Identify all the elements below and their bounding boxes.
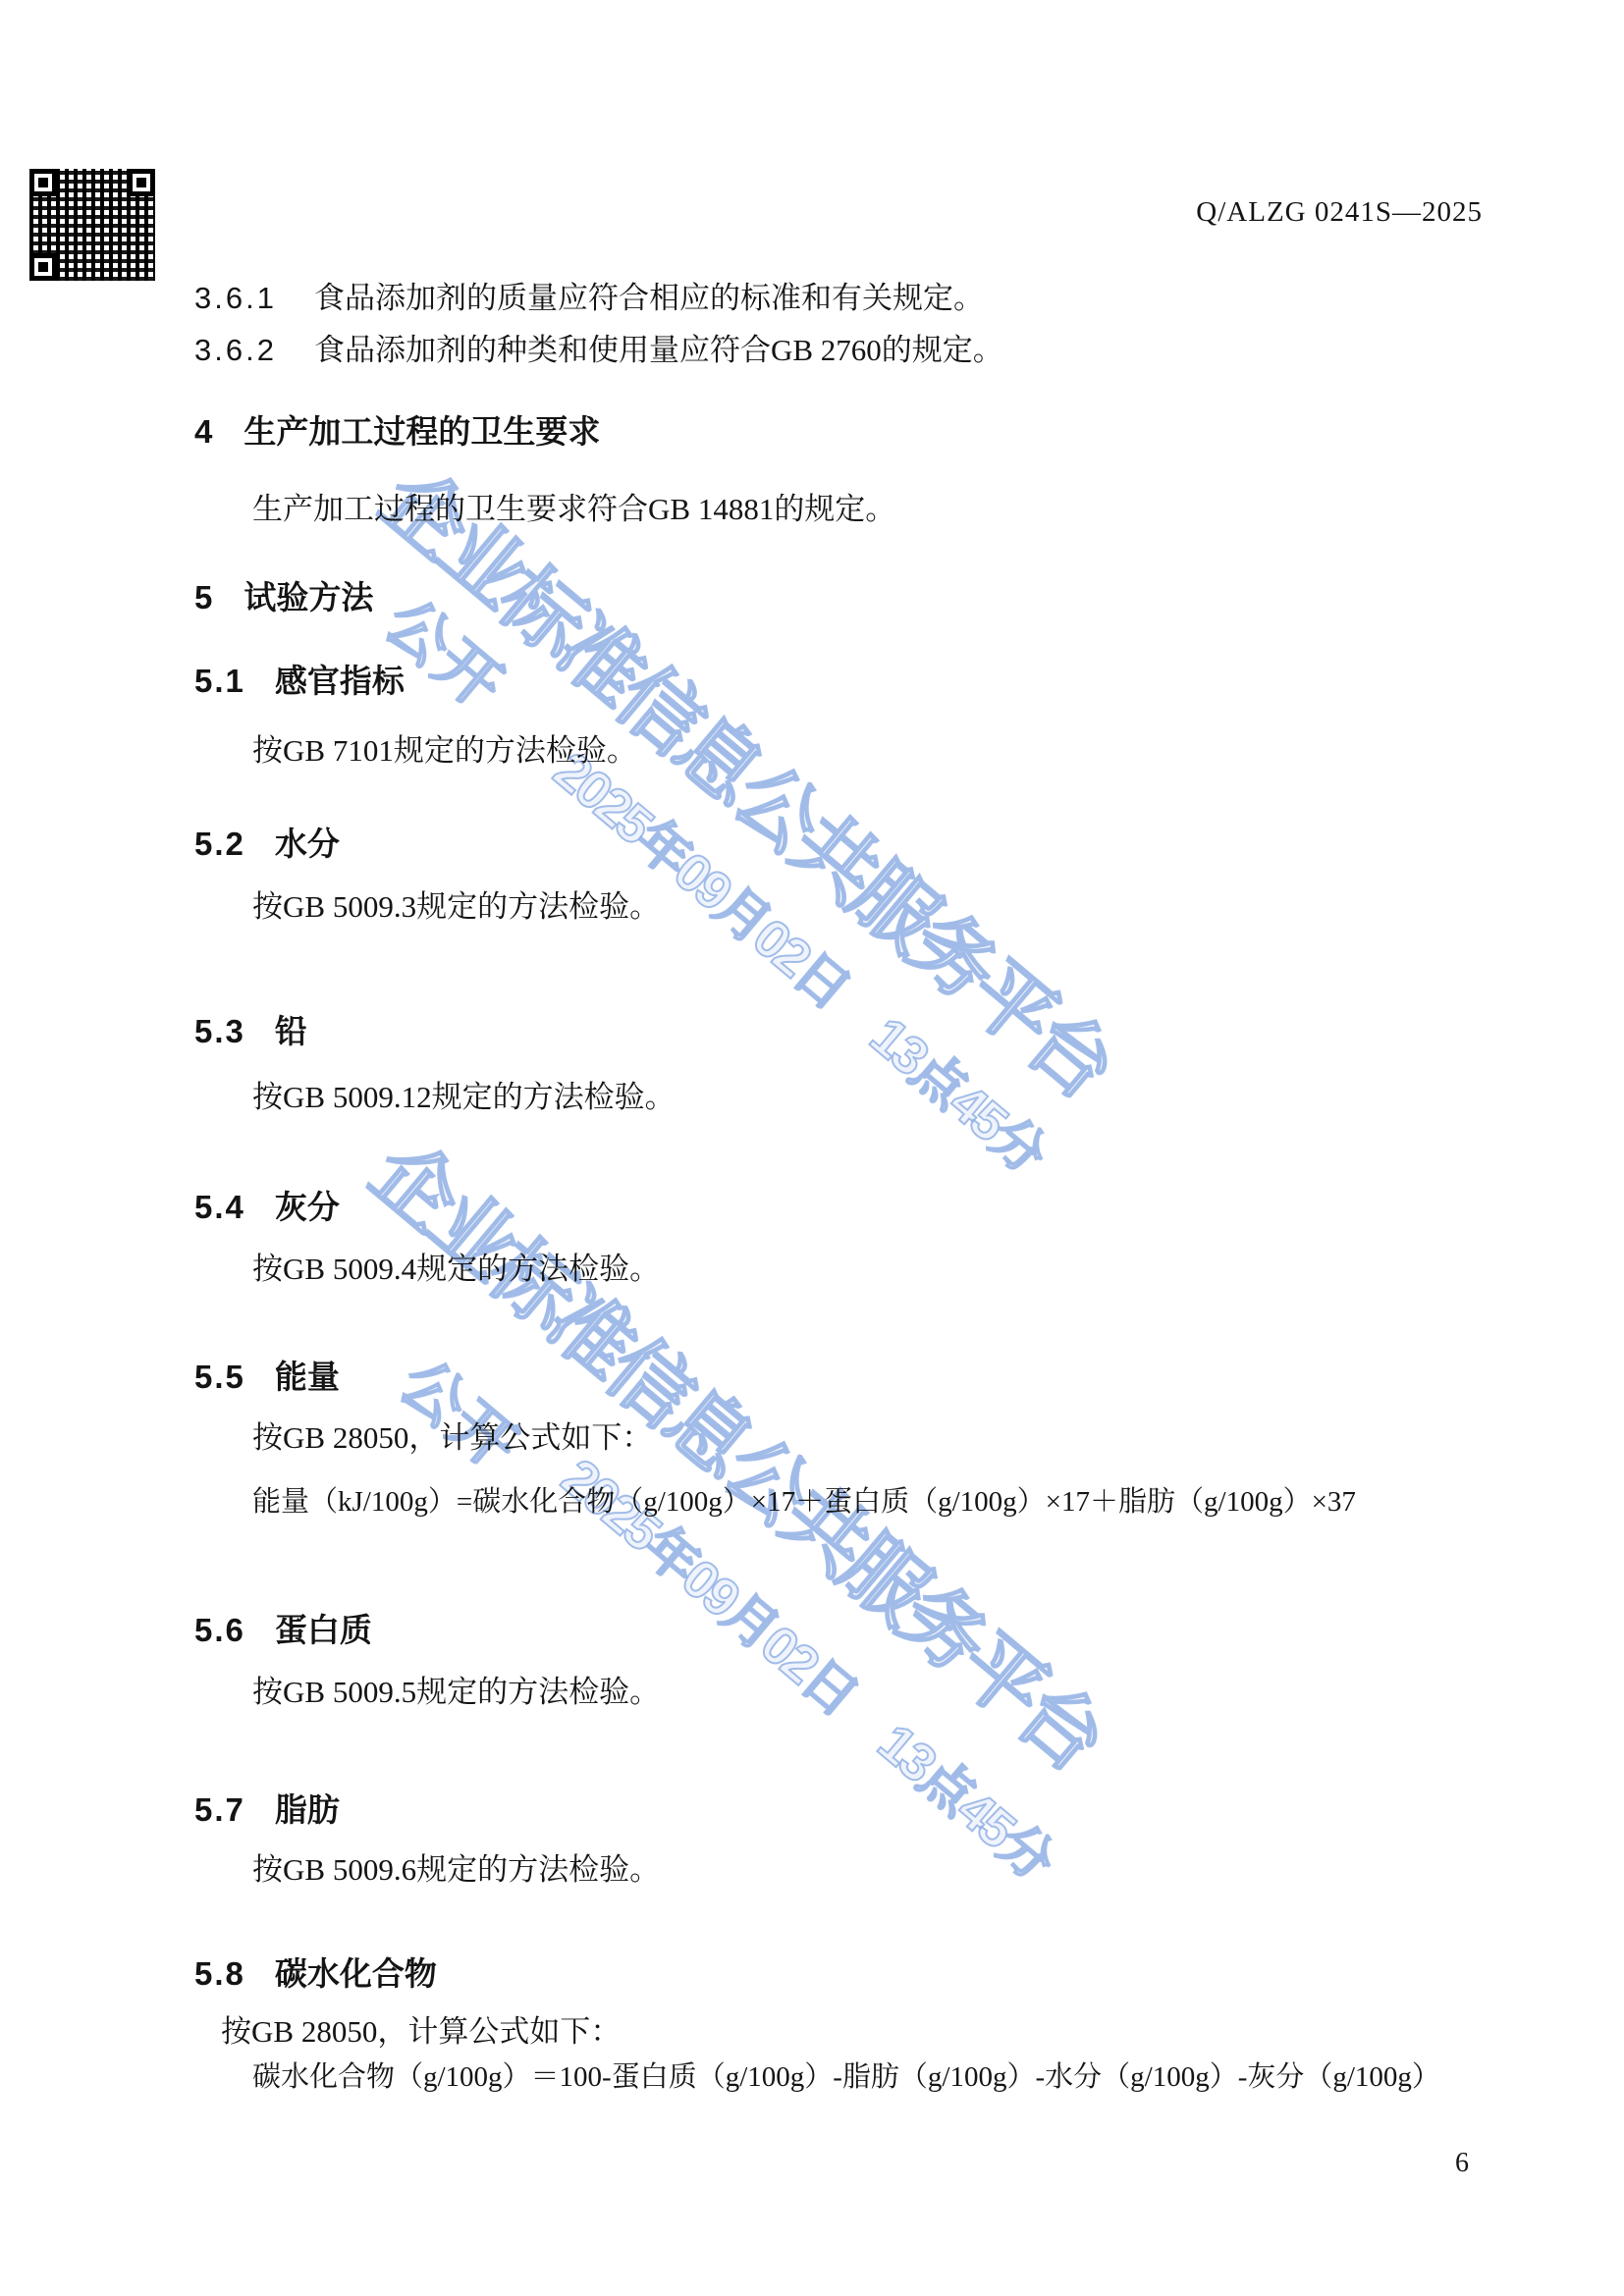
watermark-public-text-1: 公开 <box>369 574 526 726</box>
section-title: 蛋白质 <box>275 1612 372 1648</box>
section-heading-5-4: 5.4灰分 <box>194 1182 340 1228</box>
watermark-datetime-text-1: 2025年09月02日 13点45分 <box>541 731 1063 1187</box>
section-number: 5 <box>194 579 214 616</box>
clause-number: 3.6.2 <box>194 333 277 368</box>
qr-finder-top-right <box>128 169 155 196</box>
section-number: 4 <box>194 413 214 451</box>
clause-number: 3.6.1 <box>194 281 277 316</box>
section-number: 5.8 <box>194 1955 245 1993</box>
body-line: 按GB 5009.3规定的方法检验。 <box>252 881 660 926</box>
section-title: 碳水化合物 <box>275 1955 437 1992</box>
section-heading-5-7: 5.7脂肪 <box>194 1785 340 1831</box>
section-title: 灰分 <box>275 1189 340 1225</box>
watermark-public-text-2: 公开 <box>384 1335 541 1487</box>
section-heading-5: 5试验方法 <box>194 572 373 618</box>
clause-text: 食品添加剂的种类和使用量应符合GB 2760的规定。 <box>314 333 1003 367</box>
section-heading-5-2: 5.2水分 <box>194 819 340 865</box>
qr-code <box>29 169 155 281</box>
body-line: 按GB 5009.4规定的方法检验。 <box>252 1244 660 1288</box>
section-heading-5-6: 5.6蛋白质 <box>194 1605 372 1651</box>
section-title: 试验方法 <box>244 579 373 615</box>
clause-3-6-2: 3.6.2食品添加剂的种类和使用量应符合GB 2760的规定。 <box>194 325 1003 369</box>
body-line: 按GB 5009.12规定的方法检验。 <box>252 1072 676 1116</box>
qr-finder-bottom-left <box>29 253 57 281</box>
section-title: 脂肪 <box>275 1791 340 1828</box>
watermark-platform-text-1: 企业标准信息公共服务平台 <box>360 437 1141 1118</box>
energy-formula: 能量（kJ/100g）=碳水化合物（g/100g）×17＋蛋白质（g/100g）… <box>252 1479 1356 1520</box>
qr-finder-top-left <box>29 169 57 196</box>
section-title: 感官指标 <box>275 663 405 699</box>
section-heading-5-5: 5.5能量 <box>194 1352 340 1398</box>
carbohydrate-formula: 碳水化合物（g/100g）＝100-蛋白质（g/100g）-脂肪（g/100g）… <box>252 2055 1440 2095</box>
section-heading-5-8: 5.8碳水化合物 <box>194 1949 437 1995</box>
body-line: 按GB 7101规定的方法检验。 <box>252 725 637 770</box>
body-line: 按GB 28050，计算公式如下： <box>252 1413 652 1457</box>
section-title: 铅 <box>275 1013 307 1049</box>
section-number: 5.2 <box>194 826 245 863</box>
standard-code-header: Q/ALZG 0241S—2025 <box>1196 196 1483 229</box>
section-heading-5-1: 5.1感官指标 <box>194 656 405 702</box>
section-number: 5.3 <box>194 1013 245 1050</box>
section-number: 5.4 <box>194 1189 245 1226</box>
section-title: 生产加工过程的卫生要求 <box>244 413 600 450</box>
section-heading-5-3: 5.3铅 <box>194 1006 307 1052</box>
section-number: 5.5 <box>194 1359 245 1396</box>
section-heading-4: 4生产加工过程的卫生要求 <box>194 406 600 453</box>
body-line: 生产加工过程的卫生要求符合GB 14881的规定。 <box>252 484 895 528</box>
body-line: 按GB 5009.5规定的方法检验。 <box>252 1667 660 1711</box>
section-title: 水分 <box>275 826 340 862</box>
document-page: 企业标准信息公共服务平台 公开 2025年09月02日 13点45分 企业标准信… <box>0 0 1624 2296</box>
section-number: 5.6 <box>194 1612 245 1649</box>
clause-3-6-1: 3.6.1食品添加剂的质量应符合相应的标准和有关规定。 <box>194 273 984 317</box>
body-line: 按GB 5009.6规定的方法检验。 <box>252 1844 660 1889</box>
section-number: 5.1 <box>194 663 245 700</box>
section-title: 能量 <box>275 1359 340 1395</box>
body-line: 按GB 28050，计算公式如下： <box>221 2006 621 2051</box>
page-number: 6 <box>1455 2148 1469 2179</box>
section-number: 5.7 <box>194 1791 245 1829</box>
clause-text: 食品添加剂的质量应符合相应的标准和有关规定。 <box>314 281 984 315</box>
